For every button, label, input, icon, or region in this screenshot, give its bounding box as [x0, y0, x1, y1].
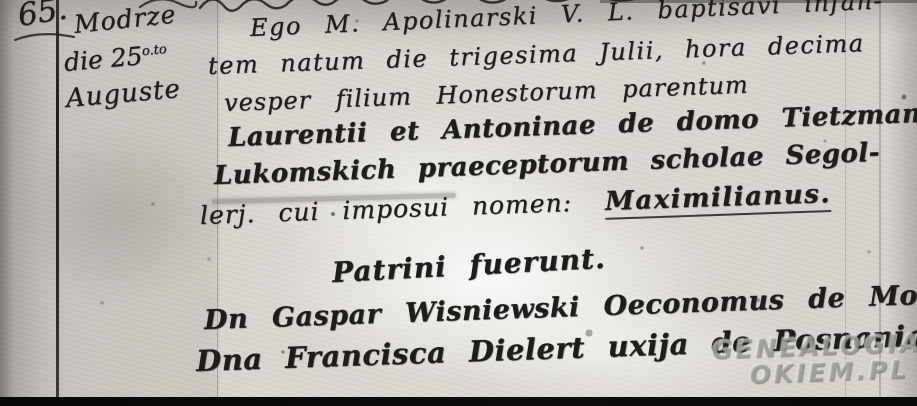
scan-bottom-edge [0, 397, 917, 406]
baptismal-name-maximilianus: Maximilianus. [604, 179, 831, 220]
scan-top-right-edge [600, 0, 917, 3]
margin-date-day: die 25 [63, 41, 144, 77]
margin-date-ordinal: o.to [141, 42, 167, 59]
watermark-line-2: OKIEM.PL [740, 356, 917, 388]
body-line-5-rest: praeceptorum scholae Segol- [417, 138, 880, 184]
column-divider-left [56, 0, 59, 406]
surname-lukomskich: Lukomskich [213, 155, 396, 191]
margin-date: die 25o.to [63, 39, 168, 77]
margin-place: Modrze [72, 0, 177, 39]
entry-number-flourish [12, 28, 78, 44]
patrini-heading: Patrini fuerunt. [331, 242, 606, 289]
paper-specks [0, 0, 2, 2]
body-line-6-start: lerj. cui imposui nomen: [199, 188, 572, 230]
document-scan: 65. Modrze die 25o.to Auguste Ego M. Apo… [0, 0, 917, 406]
margin-month: Auguste [65, 74, 182, 114]
